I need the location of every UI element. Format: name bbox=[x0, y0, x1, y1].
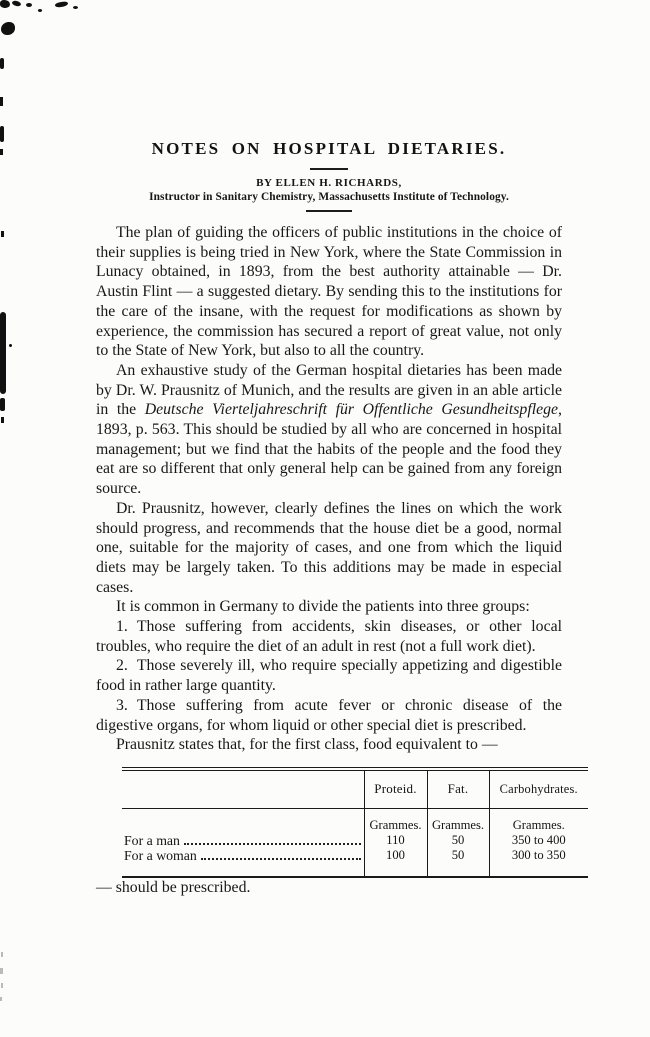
paragraph-2: An exhaustive study of the German hospit… bbox=[96, 361, 562, 499]
row-woman-proteid: 100 bbox=[364, 848, 427, 877]
table-row-woman: For a woman 100 50 300 to 350 bbox=[122, 848, 588, 877]
list-item-2-text: Those severely ill, who require speciall… bbox=[96, 657, 562, 694]
scan-artifact bbox=[73, 6, 78, 9]
row-man-label: For a man bbox=[124, 833, 180, 848]
scan-artifact bbox=[0, 58, 4, 69]
scan-artifact bbox=[55, 1, 69, 8]
paragraph-3: Dr. Prausnitz, however, clearly defines … bbox=[96, 499, 562, 598]
scan-artifact bbox=[0, 126, 4, 142]
scan-artifact bbox=[12, 0, 22, 7]
row-man-proteid: 110 bbox=[364, 833, 427, 848]
dot-leader bbox=[184, 842, 361, 845]
row-man-carbohydrates: 350 to 400 bbox=[489, 833, 588, 848]
list-item-1-text: Those suffering from accidents, skin dis… bbox=[96, 618, 562, 655]
header-carbohydrates: Carbohydrates. bbox=[489, 769, 588, 809]
row-woman-fat: 50 bbox=[427, 848, 489, 877]
scan-artifact bbox=[38, 9, 42, 12]
list-item-3-number: 3. bbox=[116, 697, 128, 714]
table-row-man: For a man 110 50 350 to 400 bbox=[122, 833, 588, 848]
list-item-3: 3.Those suffering from acute fever or ch… bbox=[96, 696, 562, 735]
list-item-1-number: 1. bbox=[116, 618, 128, 635]
list-item-2: 2.Those severely ill, who require specia… bbox=[96, 656, 562, 695]
paragraph-4: It is common in Germany to divide the pa… bbox=[96, 597, 562, 617]
row-man-fat: 50 bbox=[427, 833, 489, 848]
units-proteid: Grammes. bbox=[364, 808, 427, 833]
scan-artifact bbox=[1, 983, 3, 988]
paragraph-1: The plan of guiding the officers of publ… bbox=[96, 223, 562, 361]
closing-line: — should be prescribed. bbox=[96, 878, 562, 898]
scan-artifact bbox=[0, 97, 3, 106]
scan-artifact bbox=[1, 22, 15, 35]
table-units-row: Grammes. Grammes. Grammes. bbox=[122, 808, 588, 833]
units-fat: Grammes. bbox=[427, 808, 489, 833]
scan-artifact bbox=[0, 398, 5, 411]
byline-affiliation: Instructor in Sanitary Chemistry, Massac… bbox=[96, 191, 562, 203]
units-stub bbox=[122, 808, 364, 833]
units-carbohydrates: Grammes. bbox=[489, 808, 588, 833]
scan-artifact bbox=[0, 997, 2, 1001]
row-woman-carbohydrates: 300 to 350 bbox=[489, 848, 588, 877]
scanned-page: { "heading": { "title": "NOTES ON HOSPIT… bbox=[0, 0, 650, 1037]
header-fat: Fat. bbox=[427, 769, 489, 809]
paragraph-5: Prausnitz states that, for the first cla… bbox=[96, 735, 562, 755]
scan-artifact bbox=[9, 344, 12, 347]
scan-artifact bbox=[1, 952, 3, 957]
scan-artifact bbox=[26, 3, 32, 7]
byline: BY ELLEN H. RICHARDS, bbox=[96, 177, 562, 189]
article-heading: NOTES ON HOSPITAL DIETARIES. BY ELLEN H.… bbox=[96, 139, 562, 212]
dietary-table: Proteid. Fat. Carbohydrates. Grammes. Gr… bbox=[122, 767, 588, 878]
row-woman-label: For a woman bbox=[124, 848, 197, 863]
header-stub bbox=[122, 769, 364, 809]
dietary-table-wrapper: Proteid. Fat. Carbohydrates. Grammes. Gr… bbox=[122, 767, 588, 878]
row-man-label-cell: For a man bbox=[122, 833, 364, 848]
article-body: The plan of guiding the officers of publ… bbox=[96, 223, 562, 755]
title-rule bbox=[310, 168, 348, 170]
list-item-3-text: Those suffering from acute fever or chro… bbox=[96, 697, 562, 734]
scan-artifact bbox=[0, 312, 6, 394]
table-header-row: Proteid. Fat. Carbohydrates. bbox=[122, 769, 588, 809]
dot-leader bbox=[201, 857, 361, 860]
scan-artifact bbox=[0, 0, 10, 8]
article-title: NOTES ON HOSPITAL DIETARIES. bbox=[96, 139, 562, 159]
scan-artifact bbox=[1, 417, 4, 423]
scan-artifact bbox=[0, 968, 3, 974]
list-item-1: 1.Those suffering from accidents, skin d… bbox=[96, 617, 562, 656]
row-woman-label-cell: For a woman bbox=[122, 848, 364, 877]
list-item-2-number: 2. bbox=[116, 657, 128, 674]
page-content: NOTES ON HOSPITAL DIETARIES. BY ELLEN H.… bbox=[96, 0, 562, 898]
scan-artifact bbox=[0, 149, 3, 155]
header-proteid: Proteid. bbox=[364, 769, 427, 809]
scan-artifact bbox=[1, 231, 4, 237]
journal-title: Deutsche Vierteljahreschrift für Offentl… bbox=[145, 401, 558, 418]
byline-rule bbox=[306, 210, 352, 212]
